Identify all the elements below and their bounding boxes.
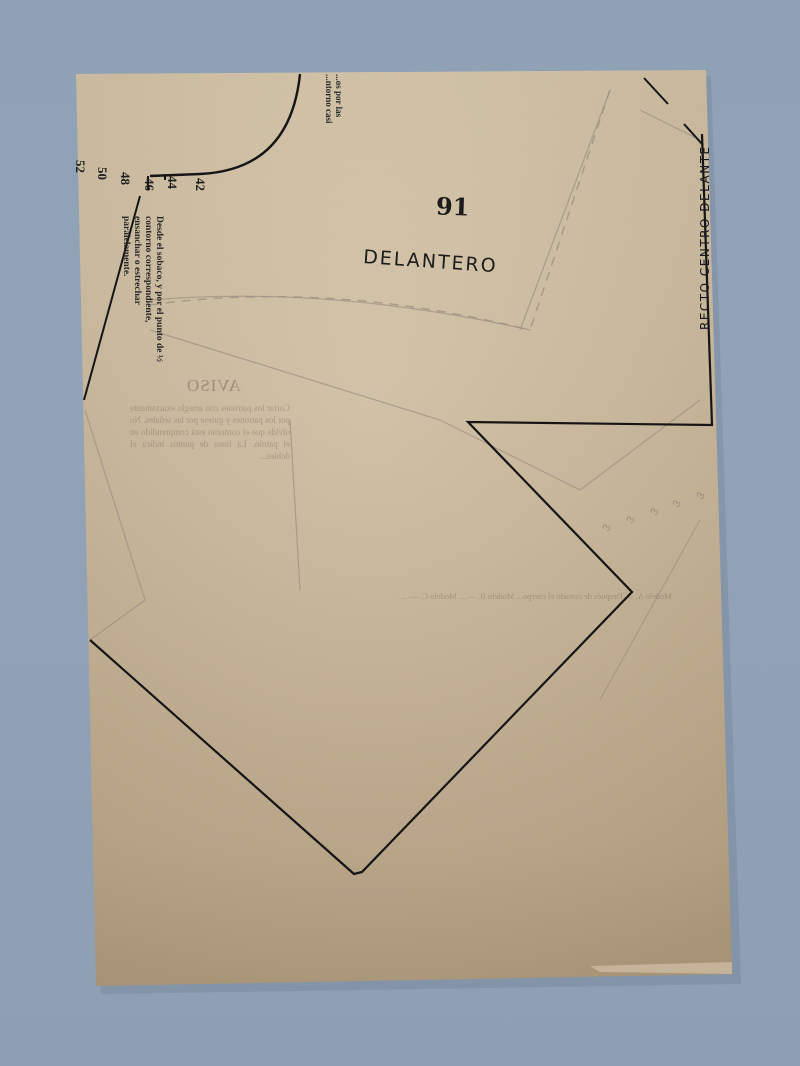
- pattern-sheet-photo: [0, 0, 800, 1066]
- size-mark: 46: [141, 178, 157, 191]
- size-mark: 44: [164, 176, 180, 189]
- alteration-instruction: Desde el sobaco, y por el punto de ½ con…: [120, 216, 164, 366]
- pattern-number: 91: [436, 191, 470, 221]
- cut-off-text-fragment: ...os por las ...ntorno casi: [324, 74, 344, 134]
- centre-front-edge-label: RECTO CENTRO DELANTE: [698, 145, 712, 330]
- fragment-line: ...os por las: [334, 74, 344, 134]
- bleed-through-notice: Cortar los patrones con arreglo exactame…: [130, 402, 290, 462]
- size-mark: 42: [192, 178, 208, 191]
- bleed-through-title: AVISO: [186, 376, 241, 396]
- size-mark: 50: [94, 167, 110, 180]
- size-mark: 52: [72, 160, 88, 173]
- size-mark: 48: [117, 172, 133, 185]
- fragment-line: ...ntorno casi: [324, 74, 334, 134]
- bleed-through-instructions: Modelo A. — Después de cortado el cuerpo…: [292, 590, 672, 602]
